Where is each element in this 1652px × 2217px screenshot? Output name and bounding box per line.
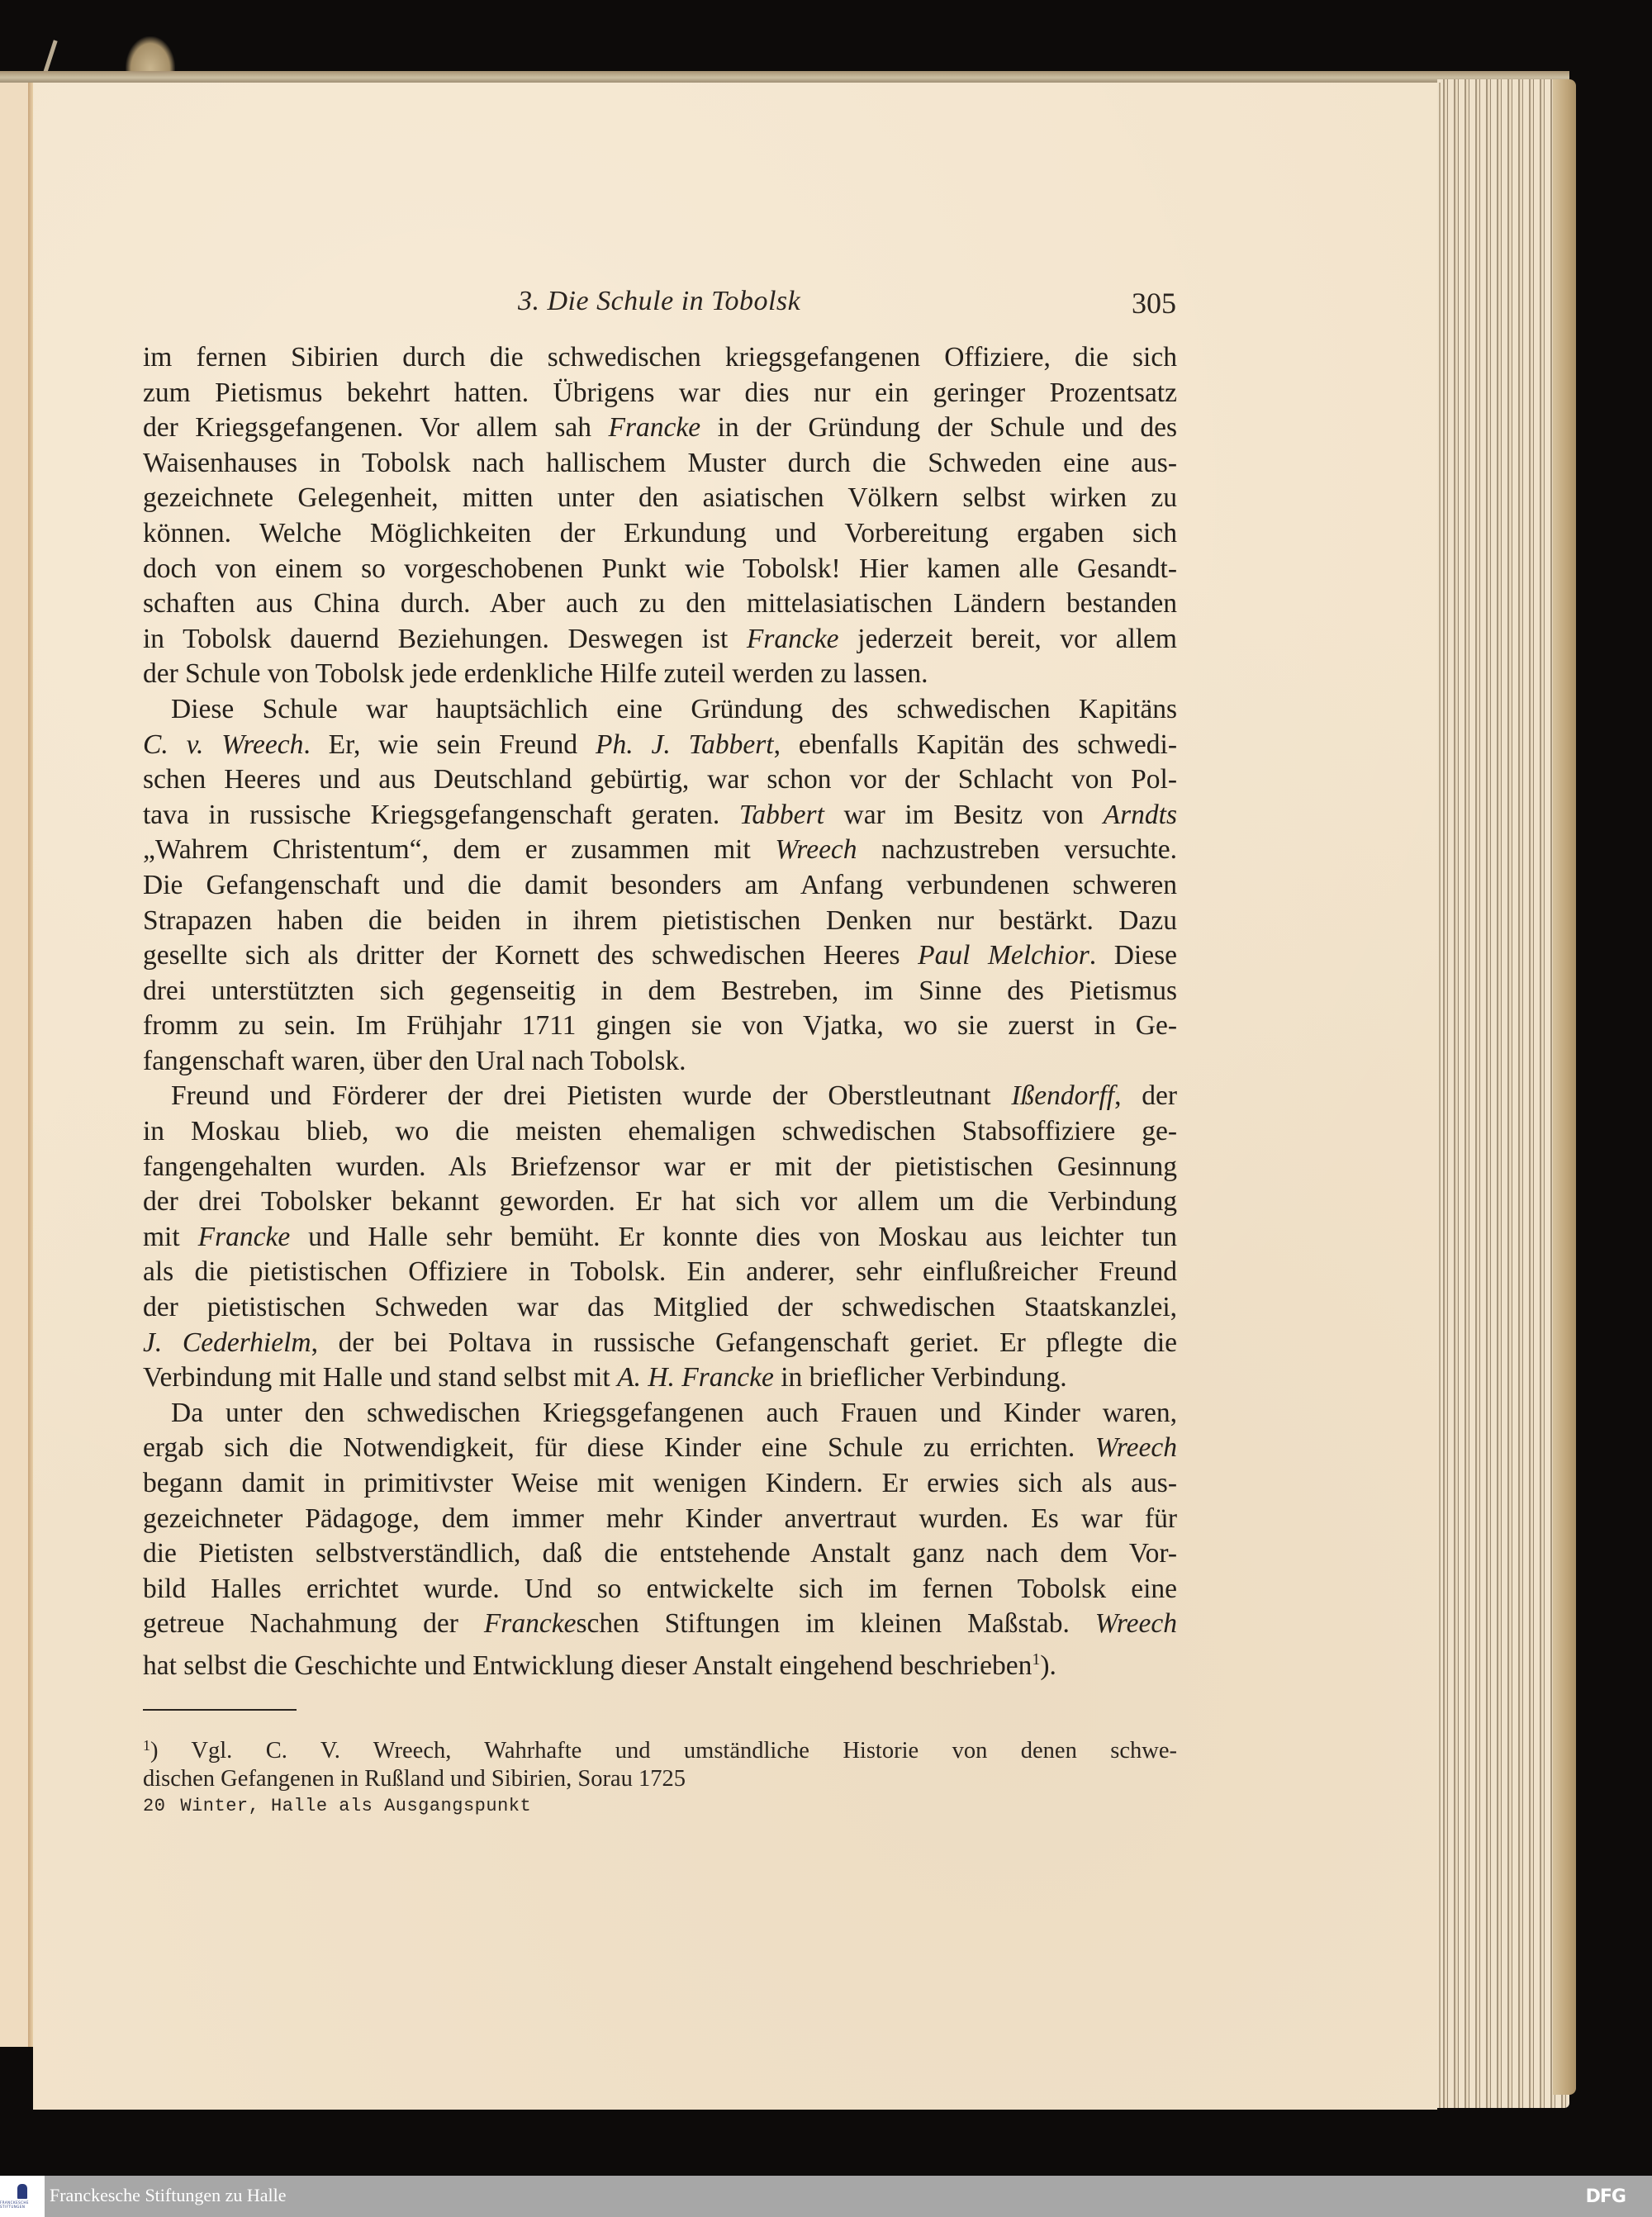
running-head: 3. Die Schule in Tobolsk 305	[142, 279, 1176, 320]
printer-signature: 20Winter, Halle als Ausgangspunkt	[143, 1796, 531, 1816]
text-line: im fernen Sibirien durch die schwedische…	[143, 340, 1177, 376]
text-line: der Kriegsgefangenen. Vor allem sah Fran…	[143, 411, 1177, 446]
text-line: Verbindung mit Halle und stand selbst mi…	[143, 1360, 1177, 1396]
text-line: bild Halles errichtet wurde. Und so entw…	[143, 1572, 1177, 1607]
text-line: Freund und Förderer der drei Pietisten w…	[143, 1079, 1177, 1114]
page-edge-line	[1439, 83, 1441, 2108]
chapter-title: 3. Die Schule in Tobolsk	[518, 286, 800, 317]
text-line: fromm zu sein. Im Frühjahr 1711 gingen s…	[143, 1009, 1177, 1044]
text-line: in Moskau blieb, wo die meisten ehemalig…	[143, 1114, 1177, 1150]
text-line: gesellte sich als dritter der Kornett de…	[143, 938, 1177, 974]
footnote: 1) Vgl. C. V. Wreech, Wahrhafte und umst…	[143, 1731, 1177, 1793]
text-line: tava in russische Kriegsgefangenschaft g…	[143, 798, 1177, 833]
footnote-line-1: 1) Vgl. C. V. Wreech, Wahrhafte und umst…	[143, 1731, 1177, 1765]
institution-name[interactable]: Franckesche Stiftungen zu Halle	[50, 2185, 287, 2206]
text-line: ergab sich die Notwendigkeit, für diese …	[143, 1431, 1177, 1466]
page-number: 305	[1132, 286, 1176, 320]
text-line: begann damit in primitivster Weise mit w…	[143, 1466, 1177, 1502]
body-text: im fernen Sibirien durch die schwedische…	[143, 340, 1177, 1684]
text-line: fangengehalten wurden. Als Briefzensor w…	[143, 1150, 1177, 1185]
signature-number: 20	[143, 1796, 165, 1816]
institution-logo[interactable]: FRANCKESCHE STIFTUNGEN	[0, 2176, 45, 2217]
text-line: drei unterstützten sich gegenseitig in d…	[143, 974, 1177, 1009]
viewer-footer-bar: FRANCKESCHE STIFTUNGEN Franckesche Stift…	[0, 2176, 1652, 2217]
book-cover-edge	[1553, 79, 1576, 2095]
text-line: Waisenhauses in Tobolsk nach hallischem …	[143, 446, 1177, 482]
text-line: fangenschaft waren, über den Ural nach T…	[143, 1044, 1177, 1080]
text-line: gezeichnete Gelegenheit, mitten unter de…	[143, 481, 1177, 516]
text-line: „Wahrem Christentum“, dem er zusammen mi…	[143, 833, 1177, 868]
footnote-line-2: dischen Gefangenen in Rußland und Sibiri…	[143, 1765, 1177, 1793]
previous-page-sliver	[0, 83, 30, 2047]
text-line: hat selbst die Geschichte und Entwicklun…	[143, 1642, 1177, 1684]
text-line: als die pietistischen Offiziere in Tobol…	[143, 1255, 1177, 1290]
text-line: mit Francke und Halle sehr bemüht. Er ko…	[143, 1220, 1177, 1256]
text-line: die Pietisten selbstverständlich, daß di…	[143, 1536, 1177, 1572]
text-line: in Tobolsk dauernd Beziehungen. Deswegen…	[143, 622, 1177, 658]
text-line: der pietistischen Schweden war das Mitgl…	[143, 1290, 1177, 1326]
text-line: doch von einem so vorgeschobenen Punkt w…	[143, 552, 1177, 587]
footnote-separator	[143, 1709, 297, 1711]
footnote-marker: 1	[143, 1737, 150, 1754]
logo-wordmark: FRANCKESCHE STIFTUNGEN	[0, 2200, 45, 2209]
dfg-logo[interactable]: DFG	[1586, 2186, 1626, 2207]
signature-text: Winter, Halle als Ausgangspunkt	[180, 1796, 531, 1816]
text-line: C. v. Wreech. Er, wie sein Freund Ph. J.…	[143, 728, 1177, 763]
stacked-page-edges	[1437, 79, 1569, 2108]
text-line: Strapazen haben die beiden in ihrem piet…	[143, 904, 1177, 939]
text-line: können. Welche Möglichkeiten der Erkundu…	[143, 516, 1177, 552]
text-line: schen Heeres und aus Deutschland gebürti…	[143, 762, 1177, 798]
text-line: schaften aus China durch. Aber auch zu d…	[143, 586, 1177, 622]
text-line: getreue Nachahmung der Franckeschen Stif…	[143, 1607, 1177, 1642]
text-line: gezeichneter Pädagoge, dem immer mehr Ki…	[143, 1502, 1177, 1537]
founder-statue-icon	[17, 2184, 27, 2199]
text-line: J. Cederhielm, der bei Poltava in russis…	[143, 1326, 1177, 1361]
text-line: Da unter den schwedischen Kriegsgefangen…	[143, 1396, 1177, 1431]
text-line: der drei Tobolsker bekannt geworden. Er …	[143, 1184, 1177, 1220]
text-line: Diese Schule war hauptsächlich eine Grün…	[143, 692, 1177, 728]
text-line: zum Pietismus bekehrt hatten. Übrigens w…	[143, 376, 1177, 411]
text-line: der Schule von Tobolsk jede erdenkliche …	[143, 657, 1177, 692]
text-line: Die Gefangenschaft und die damit besonde…	[143, 868, 1177, 904]
